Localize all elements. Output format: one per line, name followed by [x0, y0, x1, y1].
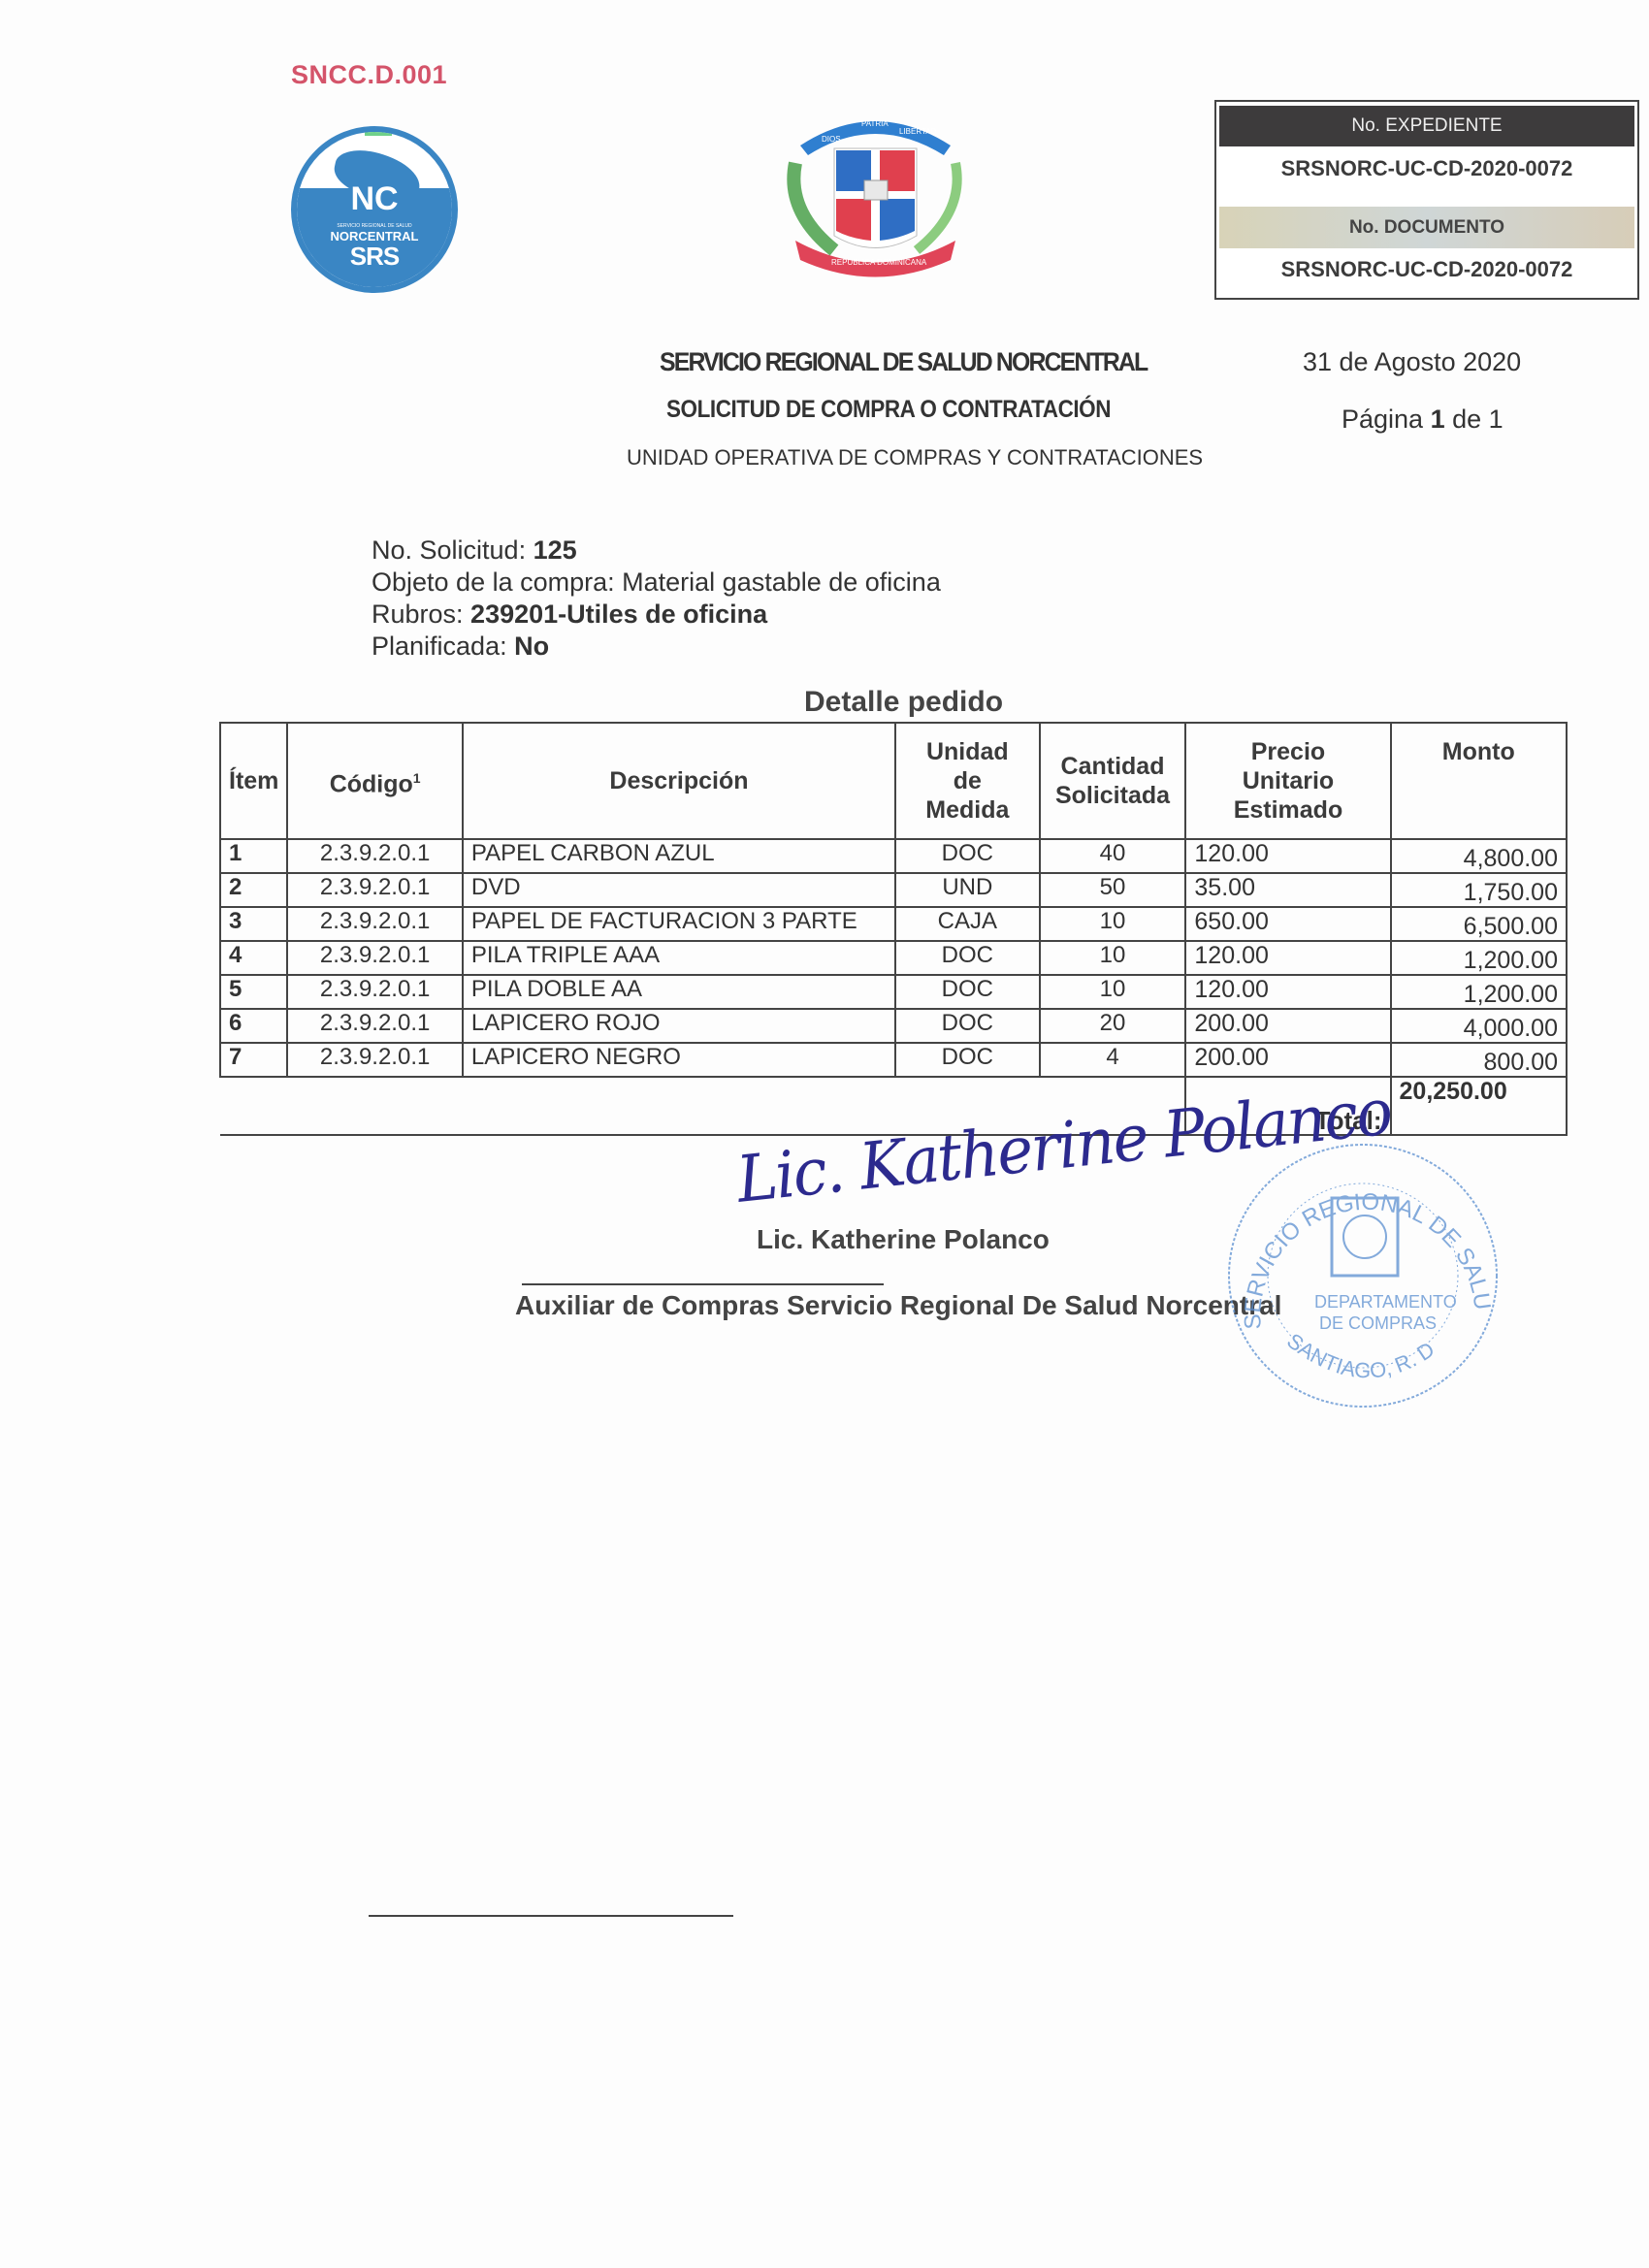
- table-row: 12.3.9.2.0.1PAPEL CARBON AZULDOC40120.00…: [220, 839, 1567, 873]
- col-cantidad-l1: Cantidad: [1049, 752, 1178, 781]
- col-monto: Monto: [1391, 723, 1567, 839]
- col-unidad-l1: Unidad: [904, 737, 1031, 766]
- col-descripcion: Descripción: [463, 723, 895, 839]
- row-monto: 1,200.00: [1391, 975, 1567, 1009]
- signer-name: Lic. Katherine Polanco: [757, 1224, 1050, 1255]
- planificada-value: No: [514, 632, 549, 661]
- row-unidad: DOC: [895, 1009, 1040, 1043]
- solicitud-value: 125: [533, 535, 577, 565]
- request-info: No. Solicitud: 125 Objeto de la compra: …: [372, 535, 941, 663]
- objeto-label: Objeto de la compra:: [372, 567, 622, 597]
- table-row: 72.3.9.2.0.1LAPICERO NEGRODOC4200.00800.…: [220, 1043, 1567, 1077]
- footnote-marker: 1: [413, 770, 421, 786]
- total-value: 20,250.00: [1391, 1077, 1567, 1135]
- row-item: 1: [220, 839, 287, 873]
- row-monto: 1,200.00: [1391, 941, 1567, 975]
- solicitud-line: No. Solicitud: 125: [372, 535, 941, 567]
- col-codigo: Código1: [287, 723, 462, 839]
- solicitud-label: No. Solicitud:: [372, 535, 533, 565]
- rubros-line: Rubros: 239201-Utiles de oficina: [372, 599, 941, 631]
- col-unidad: UnidaddeMedida: [895, 723, 1040, 839]
- table-header-row: Ítem Código1 Descripción UnidaddeMedida …: [220, 723, 1567, 839]
- row-cantidad: 4: [1040, 1043, 1186, 1077]
- document-date: 31 de Agosto 2020: [1303, 347, 1521, 377]
- row-descripcion: LAPICERO ROJO: [463, 1009, 895, 1043]
- svg-text:DIOS: DIOS: [822, 135, 841, 144]
- row-unidad: DOC: [895, 839, 1040, 873]
- form-code: SNCC.D.001: [291, 60, 447, 90]
- svg-text:REPUBLICA DOMINICANA: REPUBLICA DOMINICANA: [831, 258, 927, 267]
- row-precio: 35.00: [1185, 873, 1390, 907]
- row-item: 2: [220, 873, 287, 907]
- row-precio: 120.00: [1185, 975, 1390, 1009]
- row-unidad: DOC: [895, 975, 1040, 1009]
- col-unidad-l2: de: [904, 766, 1031, 795]
- page-prefix: Página: [1342, 405, 1431, 434]
- row-cantidad: 20: [1040, 1009, 1186, 1043]
- logo-accent: [365, 130, 392, 136]
- table-row: 42.3.9.2.0.1PILA TRIPLE AAADOC10120.001,…: [220, 941, 1567, 975]
- footer-line: [369, 1915, 733, 1917]
- rubros-value: 239201-Utiles de oficina: [470, 599, 767, 629]
- row-precio: 200.00: [1185, 1043, 1390, 1077]
- row-unidad: DOC: [895, 1043, 1040, 1077]
- row-codigo: 2.3.9.2.0.1: [287, 839, 462, 873]
- table-row: 52.3.9.2.0.1PILA DOBLE AADOC10120.001,20…: [220, 975, 1567, 1009]
- items-table: Ítem Código1 Descripción UnidaddeMedida …: [219, 722, 1568, 1136]
- row-cantidad: 50: [1040, 873, 1186, 907]
- col-item: Ítem: [220, 723, 287, 839]
- row-item: 5: [220, 975, 287, 1009]
- table-row: 22.3.9.2.0.1DVDUND5035.001,750.00: [220, 873, 1567, 907]
- logo-acronym: SRS: [297, 242, 452, 272]
- col-precio-l2: Unitario: [1194, 766, 1381, 795]
- department-stamp-icon: SERVICIO REGIONAL DE SALUD NORCENTRAL II…: [1217, 1135, 1508, 1416]
- coat-of-arms-icon: DIOS PATRIA LIBERTAD REPUBLICA DOMINICAN…: [781, 105, 970, 284]
- col-precio-l1: Precio: [1194, 737, 1381, 766]
- svg-text:DEPARTAMENTO: DEPARTAMENTO: [1314, 1292, 1457, 1312]
- row-descripcion: PAPEL CARBON AZUL: [463, 839, 895, 873]
- col-cantidad: CantidadSolicitada: [1040, 723, 1186, 839]
- signer-title: Auxiliar de Compras Servicio Regional De…: [515, 1290, 1281, 1321]
- document-title: SOLICITUD DE COMPRA O CONTRATACIÓN: [666, 396, 1111, 424]
- row-item: 6: [220, 1009, 287, 1043]
- svg-text:DE COMPRAS: DE COMPRAS: [1319, 1313, 1437, 1333]
- row-codigo: 2.3.9.2.0.1: [287, 941, 462, 975]
- srs-norcentral-logo: NC SERVICIO REGIONAL DE SALUD NORCENTRAL…: [291, 126, 458, 293]
- row-codigo: 2.3.9.2.0.1: [287, 907, 462, 941]
- signature-line: [522, 1283, 884, 1285]
- row-monto: 800.00: [1391, 1043, 1567, 1077]
- logo-nc-text: NC: [297, 180, 452, 218]
- row-codigo: 2.3.9.2.0.1: [287, 873, 462, 907]
- row-monto: 1,750.00: [1391, 873, 1567, 907]
- page-suffix: de 1: [1445, 405, 1503, 434]
- row-monto: 6,500.00: [1391, 907, 1567, 941]
- svg-text:PATRIA: PATRIA: [861, 119, 889, 128]
- expediente-box: No. EXPEDIENTE SRSNORC-UC-CD-2020-0072 N…: [1214, 100, 1639, 300]
- row-monto: 4,800.00: [1391, 839, 1567, 873]
- col-cantidad-l2: Solicitada: [1049, 781, 1178, 810]
- row-item: 7: [220, 1043, 287, 1077]
- row-unidad: DOC: [895, 941, 1040, 975]
- planificada-line: Planificada: No: [372, 631, 941, 663]
- row-unidad: UND: [895, 873, 1040, 907]
- row-codigo: 2.3.9.2.0.1: [287, 1043, 462, 1077]
- row-item: 4: [220, 941, 287, 975]
- col-precio: PrecioUnitarioEstimado: [1185, 723, 1390, 839]
- institution-name: SERVICIO REGIONAL DE SALUD NORCENTRAL: [660, 347, 1147, 377]
- row-descripcion: DVD: [463, 873, 895, 907]
- col-precio-l3: Estimado: [1194, 795, 1381, 825]
- row-cantidad: 10: [1040, 907, 1186, 941]
- expediente-label: No. EXPEDIENTE: [1219, 106, 1634, 146]
- row-precio: 120.00: [1185, 839, 1390, 873]
- row-cantidad: 10: [1040, 975, 1186, 1009]
- row-codigo: 2.3.9.2.0.1: [287, 975, 462, 1009]
- row-cantidad: 40: [1040, 839, 1186, 873]
- row-descripcion: LAPICERO NEGRO: [463, 1043, 895, 1077]
- row-descripcion: PILA TRIPLE AAA: [463, 941, 895, 975]
- row-monto: 4,000.00: [1391, 1009, 1567, 1043]
- page-indicator: Página 1 de 1: [1342, 405, 1503, 435]
- documento-label: No. DOCUMENTO: [1219, 207, 1634, 248]
- planificada-label: Planificada:: [372, 632, 514, 661]
- expediente-value: SRSNORC-UC-CD-2020-0072: [1216, 156, 1637, 181]
- unit-name: UNIDAD OPERATIVA DE COMPRAS Y CONTRATACI…: [627, 445, 1203, 470]
- row-unidad: CAJA: [895, 907, 1040, 941]
- row-cantidad: 10: [1040, 941, 1186, 975]
- col-unidad-l3: Medida: [904, 795, 1031, 825]
- objeto-value: Material gastable de oficina: [622, 567, 941, 597]
- row-descripcion: PILA DOBLE AA: [463, 975, 895, 1009]
- objeto-line: Objeto de la compra: Material gastable d…: [372, 567, 941, 599]
- table-row: 62.3.9.2.0.1LAPICERO ROJODOC20200.004,00…: [220, 1009, 1567, 1043]
- row-precio: 120.00: [1185, 941, 1390, 975]
- rubros-label: Rubros:: [372, 599, 470, 629]
- row-codigo: 2.3.9.2.0.1: [287, 1009, 462, 1043]
- col-codigo-label: Código: [330, 770, 413, 797]
- page-current: 1: [1431, 405, 1445, 434]
- row-descripcion: PAPEL DE FACTURACION 3 PARTE: [463, 907, 895, 941]
- row-precio: 200.00: [1185, 1009, 1390, 1043]
- svg-text:LIBERTAD: LIBERTAD: [899, 127, 937, 136]
- documento-value: SRSNORC-UC-CD-2020-0072: [1216, 257, 1637, 282]
- row-precio: 650.00: [1185, 907, 1390, 941]
- table-title: Detalle pedido: [804, 686, 1003, 719]
- row-item: 3: [220, 907, 287, 941]
- table-row: 32.3.9.2.0.1PAPEL DE FACTURACION 3 PARTE…: [220, 907, 1567, 941]
